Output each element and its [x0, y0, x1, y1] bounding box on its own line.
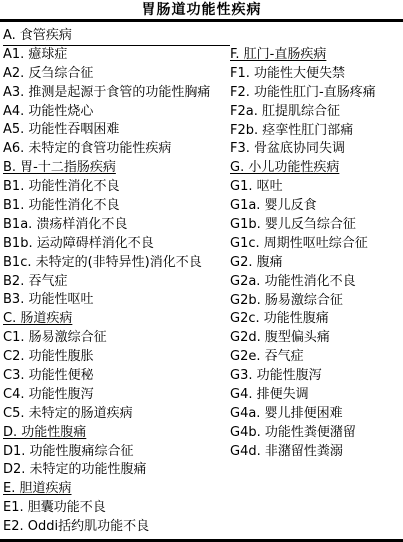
list-item: G1c. 周期性呕吐综合征	[230, 235, 403, 254]
list-item: F1. 功能性大便失禁	[230, 65, 403, 84]
list-item: G1. 呕吐	[230, 178, 403, 197]
list-item: A4. 功能性烧心	[3, 103, 230, 122]
list-item: F2b. 痉挛性肛门部痛	[230, 122, 403, 141]
list-item: G4b. 功能性粪便潴留	[230, 424, 403, 443]
item-text: B1c. 未特定的(非特异性)消化不良	[3, 255, 202, 270]
item-text: F3. 骨盆底协同失调	[230, 141, 345, 156]
item-text: F2b. 痉挛性肛门部痛	[230, 123, 353, 138]
page: 胃肠道功能性疾病 A. 食管疾病A1. 癔球症A2. 反刍综合征A3. 推测是起…	[0, 0, 403, 542]
item-text: A2. 反刍综合征	[3, 66, 93, 81]
section-header: A. 食管疾病	[3, 27, 230, 46]
list-item: G2d. 腹型偏头痛	[230, 329, 403, 348]
section-header: E. 胆道疾病	[3, 480, 230, 499]
list-item: G1b. 婴儿反刍综合征	[230, 216, 403, 235]
item-text: B1b. 运动障碍样消化不良	[3, 236, 154, 251]
item-text: C2. 功能性腹胀	[3, 349, 94, 364]
list-item: B1b. 运动障碍样消化不良	[3, 235, 230, 254]
list-item: G2c. 功能性腹痛	[230, 310, 403, 329]
list-item: G2b. 肠易激综合征	[230, 292, 403, 311]
item-text: D1. 功能性腹痛综合征	[3, 444, 134, 459]
list-item: A1. 癔球症	[3, 46, 230, 65]
item-text: G2b. 肠易激综合征	[230, 293, 343, 308]
item-text: F2a. 肛提肌综合征	[230, 104, 340, 119]
list-item: E1. 胆囊功能不良	[3, 499, 230, 518]
item-text: D2. 未特定的功能性腹痛	[3, 462, 147, 477]
list-item: F2. 功能性肛门-直肠疼痛	[230, 84, 403, 103]
item-text: B1. 功能性消化不良	[3, 198, 119, 213]
item-text: A3. 推测是起源于食管的功能性胸痛	[3, 85, 210, 100]
list-item: C2. 功能性腹胀	[3, 348, 230, 367]
item-text: E. 胆道疾病	[3, 481, 71, 496]
section-header: F. 肛门-直肠疾病	[230, 46, 403, 65]
list-item: G4. 排便失调	[230, 386, 403, 405]
list-item: B1. 功能性消化不良	[3, 197, 230, 216]
list-item: G4a. 婴儿排便困难	[230, 405, 403, 424]
item-text: A4. 功能性烧心	[3, 104, 93, 119]
item-text: G4. 排便失调	[230, 387, 309, 402]
item-text: D. 功能性腹痛	[3, 425, 86, 440]
list-item: C5. 未特定的肠道疾病	[3, 405, 230, 424]
list-item: B2. 吞气症	[3, 273, 230, 292]
left-column: A. 食管疾病A1. 癔球症A2. 反刍综合征A3. 推测是起源于食管的功能性胸…	[3, 27, 230, 537]
list-item: G2a. 功能性消化不良	[230, 273, 403, 292]
list-item: E2. Oddi括约肌功能不良	[3, 518, 230, 537]
item-text: C3. 功能性便秘	[3, 368, 94, 383]
item-text: C5. 未特定的肠道疾病	[3, 406, 133, 421]
item-text: G2. 腹痛	[230, 255, 283, 270]
item-text: F1. 功能性大便失禁	[230, 66, 345, 81]
item-text: C1. 肠易激综合征	[3, 330, 107, 345]
list-item: B1. 功能性消化不良	[3, 178, 230, 197]
item-text: C4. 功能性腹泻	[3, 387, 94, 402]
item-text: G3. 功能性腹泻	[230, 368, 322, 383]
item-text: E1. 胆囊功能不良	[3, 500, 106, 515]
item-text: B2. 吞气症	[3, 274, 67, 289]
content: A. 食管疾病A1. 癔球症A2. 反刍综合征A3. 推测是起源于食管的功能性胸…	[0, 22, 403, 537]
list-item: A2. 反刍综合征	[3, 65, 230, 84]
section-header: B. 胃-十二指肠疾病	[3, 159, 230, 178]
list-item: G3. 功能性腹泻	[230, 367, 403, 386]
item-text: G1c. 周期性呕吐综合征	[230, 236, 368, 251]
item-text: G. 小儿功能性疾病	[230, 160, 339, 175]
list-item: C3. 功能性便秘	[3, 367, 230, 386]
item-text: B3. 功能性呕吐	[3, 292, 93, 307]
list-item: G2. 腹痛	[230, 254, 403, 273]
item-text: B1a. 溃疡样消化不良	[3, 217, 127, 232]
list-item: C4. 功能性腹泻	[3, 386, 230, 405]
list-item: C1. 肠易激综合征	[3, 329, 230, 348]
item-text: F2. 功能性肛门-直肠疼痛	[230, 85, 376, 100]
item-text: G2e. 吞气症	[230, 349, 304, 364]
right-column: F. 肛门-直肠疾病F1. 功能性大便失禁F2. 功能性肛门-直肠疼痛F2a. …	[230, 46, 403, 537]
list-item: G1a. 婴儿反食	[230, 197, 403, 216]
list-item: A5. 功能性吞咽困难	[3, 121, 230, 140]
item-text: G2a. 功能性消化不良	[230, 274, 356, 289]
list-item: A6. 未特定的食管功能性疾病	[3, 140, 230, 159]
item-text: G4b. 功能性粪便潴留	[230, 425, 356, 440]
item-text: A. 食管疾病	[3, 28, 72, 43]
item-text: G2d. 腹型偏头痛	[230, 330, 330, 345]
item-text: G2c. 功能性腹痛	[230, 311, 329, 326]
list-item: B1a. 溃疡样消化不良	[3, 216, 230, 235]
section-header: D. 功能性腹痛	[3, 424, 230, 443]
list-item: A3. 推测是起源于食管的功能性胸痛	[3, 84, 230, 103]
list-item: G4d. 非潴留性粪溺	[230, 443, 403, 462]
item-text: G1b. 婴儿反刍综合征	[230, 217, 356, 232]
item-text: F. 肛门-直肠疾病	[230, 47, 326, 62]
list-item: F2a. 肛提肌综合征	[230, 103, 403, 122]
item-text: E2. Oddi括约肌功能不良	[3, 519, 149, 534]
page-title: 胃肠道功能性疾病	[0, 0, 403, 19]
item-text: G1a. 婴儿反食	[230, 198, 317, 213]
section-header: C. 肠道疾病	[3, 310, 230, 329]
item-text: G4a. 婴儿排便困难	[230, 406, 343, 421]
item-text: G1. 呕吐	[230, 179, 283, 194]
list-item: B3. 功能性呕吐	[3, 291, 230, 310]
list-item: F3. 骨盆底协同失调	[230, 140, 403, 159]
list-item: D1. 功能性腹痛综合征	[3, 443, 230, 462]
item-text: B. 胃-十二指肠疾病	[3, 160, 116, 175]
list-item: D2. 未特定的功能性腹痛	[3, 461, 230, 480]
item-text: G4d. 非潴留性粪溺	[230, 444, 343, 459]
section-header: G. 小儿功能性疾病	[230, 159, 403, 178]
item-text: A1. 癔球症	[3, 47, 67, 62]
item-text: C. 肠道疾病	[3, 311, 72, 326]
item-text: A6. 未特定的食管功能性疾病	[3, 141, 171, 156]
item-text: A5. 功能性吞咽困难	[3, 122, 119, 137]
list-item: G2e. 吞气症	[230, 348, 403, 367]
item-text: B1. 功能性消化不良	[3, 179, 119, 194]
list-item: B1c. 未特定的(非特异性)消化不良	[3, 254, 230, 273]
